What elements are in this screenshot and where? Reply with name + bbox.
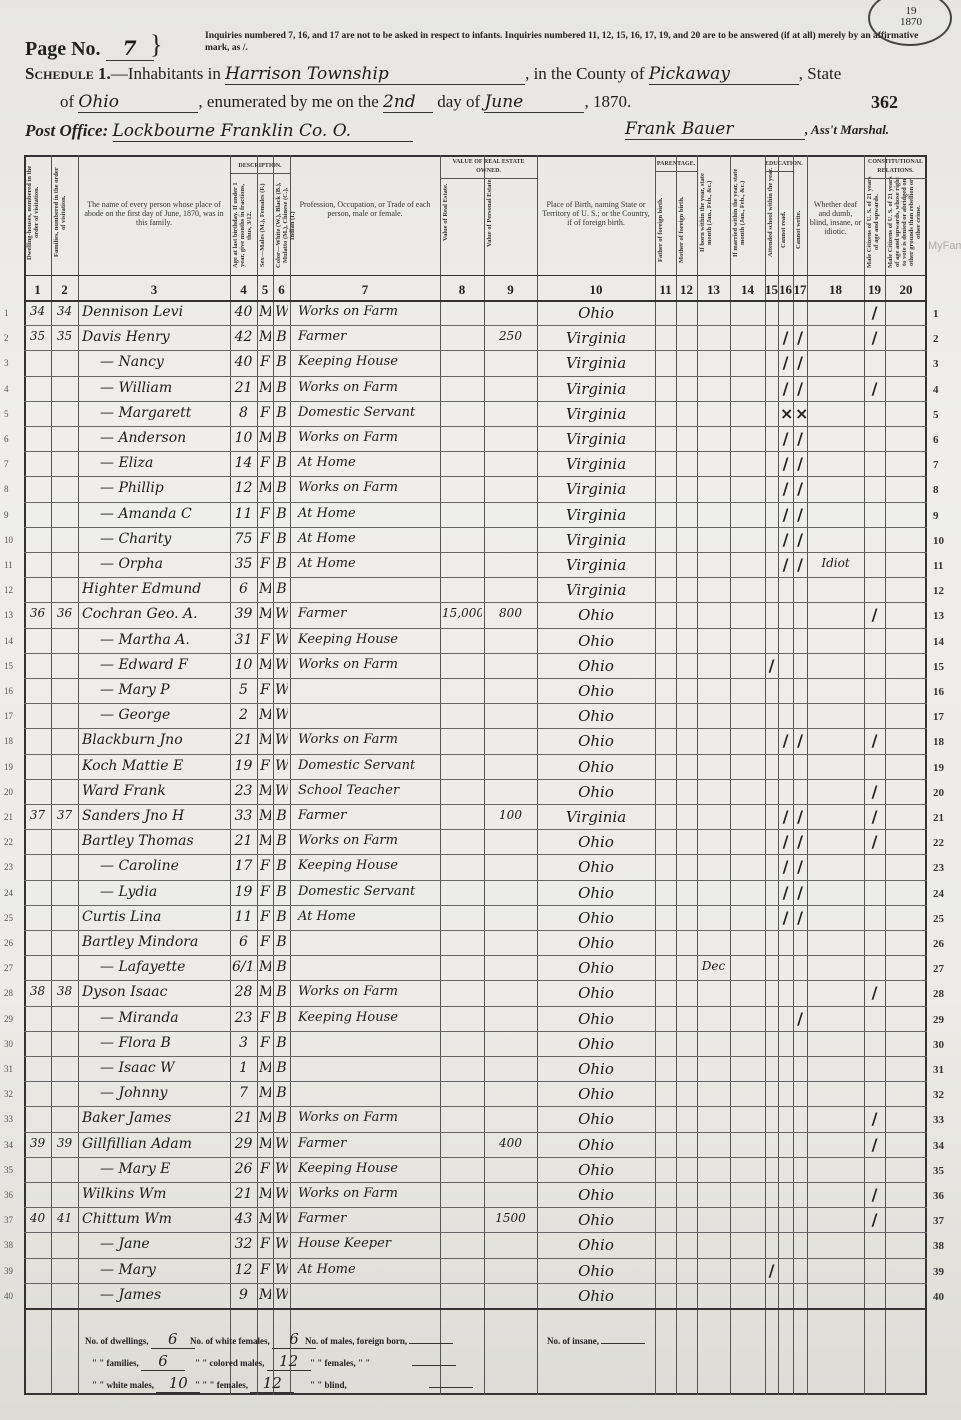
- page-number: Page No. 7: [25, 36, 154, 61]
- cell-occupation: Works on Farm: [292, 732, 444, 747]
- cell-c19: /: [866, 983, 883, 1002]
- cell-sex: F: [259, 531, 271, 547]
- column-divider: [793, 155, 794, 1395]
- line-number-left: 3: [4, 358, 9, 368]
- line-number-left: 11: [4, 560, 13, 570]
- cell-occupation: Keeping House: [292, 632, 444, 647]
- cell-occupation: Works on Farm: [292, 984, 444, 999]
- row-divider: [24, 602, 927, 603]
- cell-family: 39: [53, 1136, 76, 1150]
- row-divider: [24, 1006, 927, 1007]
- cell-name: Wilkins Wm: [82, 1186, 230, 1202]
- line-number-right: 22: [933, 837, 944, 849]
- line-number-right: 35: [933, 1165, 944, 1177]
- column-number-20: 20: [885, 282, 927, 298]
- cell-sex: M: [259, 430, 271, 446]
- cell-age: 23: [232, 1010, 255, 1026]
- cell-sex: F: [259, 354, 271, 370]
- line-number-left: 29: [4, 1014, 13, 1024]
- line-number-right: 26: [933, 938, 944, 950]
- cell-color: B: [275, 959, 288, 975]
- line-number-right: 38: [933, 1240, 944, 1252]
- cell-color: W: [275, 657, 288, 673]
- column-divider: [537, 155, 538, 1395]
- line-number-left: 2: [4, 333, 9, 343]
- line-number-right: 15: [933, 661, 944, 673]
- cell-c18: Idiot: [809, 556, 862, 570]
- cell-age: 10: [232, 657, 255, 673]
- column-number-7: 7: [290, 282, 440, 298]
- page-number-value: 7: [106, 36, 154, 61]
- cell-occupation: Farmer: [292, 1211, 444, 1226]
- line-number-left: 4: [4, 384, 9, 394]
- line-number-right: 27: [933, 963, 944, 975]
- cell-name: Koch Mattie E: [82, 758, 230, 774]
- row-divider: [24, 1232, 927, 1233]
- line-number-right: 4: [933, 384, 939, 396]
- cell-color: W: [275, 682, 288, 698]
- line-number-right: 5: [933, 409, 939, 421]
- cell-c16: /: [780, 807, 791, 826]
- cell-sex: F: [259, 1010, 271, 1026]
- cell-birthplace: Ohio: [539, 1136, 653, 1154]
- cell-occupation: Farmer: [292, 329, 444, 344]
- column-number-15: 15: [765, 282, 778, 298]
- line-number-left: 15: [4, 661, 13, 671]
- cell-personal: 1500: [486, 1211, 535, 1225]
- line-number-left: 32: [4, 1089, 13, 1099]
- sheet-number: 362: [871, 92, 898, 113]
- cell-age: 21: [232, 732, 255, 748]
- cell-age: 21: [232, 833, 255, 849]
- cell-c16: /: [780, 883, 791, 902]
- cell-sex: M: [259, 606, 271, 622]
- cell-sex: M: [259, 581, 271, 597]
- column-number-16: 16: [778, 282, 793, 298]
- cell-dwelling: 40: [26, 1211, 49, 1225]
- post-office-line: Post Office: Lockbourne Franklin Co. O.: [25, 121, 413, 142]
- cell-color: W: [275, 1161, 288, 1177]
- line-number-left: 5: [4, 409, 9, 419]
- cell-sex: M: [259, 1085, 271, 1101]
- cell-color: W: [275, 1236, 288, 1252]
- line-number-left: 26: [4, 938, 13, 948]
- cell-name: — William: [100, 380, 248, 396]
- cell-c19: /: [866, 379, 883, 398]
- cell-occupation: School Teacher: [292, 783, 444, 798]
- column-header-4: Age at last birthday. If under 1 year, g…: [232, 178, 255, 273]
- column-header-8: Value of Real Estate.: [442, 165, 482, 260]
- cell-sex: F: [259, 858, 271, 874]
- line-number-right: 29: [933, 1014, 944, 1026]
- cell-sex: M: [259, 1287, 271, 1303]
- footer-colored-females: " " " females, 12: [195, 1374, 294, 1393]
- group-header-constitutional: Constitutional Relations.: [864, 158, 927, 179]
- cell-birthplace: Ohio: [539, 304, 653, 322]
- line-number-right: 36: [933, 1190, 944, 1202]
- column-number-1: 1: [24, 282, 51, 298]
- cell-age: 11: [232, 909, 255, 925]
- cell-occupation: House Keeper: [292, 1236, 444, 1251]
- column-header-15: Attended school within the year.: [767, 165, 776, 260]
- cell-sex: M: [259, 1110, 271, 1126]
- cell-birthplace: Virginia: [539, 430, 653, 448]
- footer-insane: No. of insane,: [547, 1336, 645, 1346]
- column-number-13: 13: [697, 282, 730, 298]
- cell-c19: /: [866, 303, 883, 322]
- cell-c17: /: [795, 353, 805, 372]
- cell-sex: F: [259, 556, 271, 572]
- cell-c17: /: [795, 454, 805, 473]
- cell-color: B: [275, 430, 288, 446]
- day-field: 2nd: [383, 92, 433, 113]
- cell-birthplace: Ohio: [539, 1161, 653, 1179]
- line-number-left: 16: [4, 686, 13, 696]
- row-divider: [24, 703, 927, 704]
- row-divider: [24, 779, 927, 780]
- line-number-right: 24: [933, 888, 944, 900]
- cell-name: — Charity: [100, 531, 248, 547]
- line-number-left: 23: [4, 862, 13, 872]
- row-divider: [24, 804, 927, 805]
- cell-name: — Jane: [100, 1236, 248, 1252]
- column-number-8: 8: [440, 282, 484, 298]
- cell-name: — Mary E: [100, 1161, 248, 1177]
- column-header-3: The name of every person whose place of …: [80, 200, 228, 260]
- cell-occupation: At Home: [292, 909, 444, 924]
- cell-color: W: [275, 632, 288, 648]
- cell-sex: F: [259, 758, 271, 774]
- cell-color: B: [275, 405, 288, 421]
- cell-personal: 400: [486, 1136, 535, 1150]
- cell-occupation: Works on Farm: [292, 657, 444, 672]
- cell-birthplace: Ohio: [539, 959, 653, 977]
- cell-c16: /: [780, 454, 791, 473]
- cell-birthplace: Virginia: [539, 354, 653, 372]
- row-divider: [24, 829, 927, 830]
- cell-occupation: At Home: [292, 556, 444, 571]
- cell-color: B: [275, 329, 288, 345]
- column-header-11: Father of foreign birth.: [657, 182, 674, 277]
- column-header-1: Dwelling-houses, numbered in the order o…: [26, 165, 49, 260]
- cell-color: B: [275, 1035, 288, 1051]
- cell-color: W: [275, 1136, 288, 1152]
- row-divider: [24, 426, 927, 427]
- cell-name: — Phillip: [100, 480, 248, 496]
- cell-c19: /: [866, 328, 883, 347]
- column-number-4: 4: [230, 282, 257, 298]
- cell-name: — Isaac W: [100, 1060, 248, 1076]
- footer-foreign-females: " " females, " ": [310, 1358, 456, 1368]
- cell-birthplace: Virginia: [539, 405, 653, 423]
- footer-families: " " families, 6: [92, 1352, 185, 1371]
- footer-foreign-males: No. of males, foreign born,: [305, 1336, 453, 1346]
- watermark: MyFam: [928, 240, 961, 252]
- cell-c17: /: [795, 731, 805, 750]
- cell-c19: /: [866, 782, 883, 801]
- cell-name: — Eliza: [100, 455, 248, 471]
- cell-name: Highter Edmund: [82, 581, 230, 597]
- row-divider: [24, 376, 927, 377]
- line-number-right: 21: [933, 812, 944, 824]
- column-number-2: 2: [51, 282, 78, 298]
- cell-sex: M: [259, 808, 271, 824]
- cell-age: 42: [232, 329, 255, 345]
- cell-birthplace: Ohio: [539, 884, 653, 902]
- line-number-right: 32: [933, 1089, 944, 1101]
- cell-sex: F: [259, 1161, 271, 1177]
- cell-birthplace: Virginia: [539, 531, 653, 549]
- cell-personal: 800: [486, 606, 535, 620]
- row-divider: [24, 1308, 927, 1310]
- cell-real: 15,000: [442, 606, 482, 620]
- column-divider: [257, 155, 258, 1395]
- cell-sex: M: [259, 959, 271, 975]
- cell-occupation: Keeping House: [292, 1010, 444, 1025]
- line-number-right: 17: [933, 711, 944, 723]
- cell-c19: /: [866, 1210, 883, 1229]
- column-header-6: Color—White (W.), Black (B.), Mulatto (M…: [275, 178, 288, 273]
- line-number-right: 25: [933, 913, 944, 925]
- cell-family: 36: [53, 606, 76, 620]
- column-header-5: Sex—Males (M.), Females (F.): [259, 178, 271, 273]
- line-number-left: 19: [4, 762, 13, 772]
- cell-color: B: [275, 909, 288, 925]
- column-divider: [765, 155, 766, 1395]
- cell-color: B: [275, 808, 288, 824]
- cell-c17: /: [795, 1009, 805, 1028]
- cell-c16: /: [780, 908, 791, 927]
- cell-c16: /: [780, 555, 791, 574]
- line-number-right: 28: [933, 988, 944, 1000]
- cell-sex: M: [259, 329, 271, 345]
- cell-occupation: Farmer: [292, 606, 444, 621]
- cell-sex: F: [259, 682, 271, 698]
- column-number-3: 3: [78, 282, 230, 298]
- cell-sex: F: [259, 884, 271, 900]
- cell-sex: M: [259, 304, 271, 320]
- cell-dwelling: 38: [26, 984, 49, 998]
- line-number-right: 30: [933, 1039, 944, 1051]
- cell-occupation: At Home: [292, 455, 444, 470]
- cell-occupation: Works on Farm: [292, 480, 444, 495]
- footer-colored-males: " " colored males, 12: [195, 1352, 311, 1371]
- row-divider: [24, 628, 927, 629]
- column-divider: [655, 155, 656, 1395]
- column-divider: [778, 155, 779, 1395]
- cell-c16: /: [780, 379, 791, 398]
- cell-color: W: [275, 783, 288, 799]
- cell-dwelling: 36: [26, 606, 49, 620]
- cell-c16: /: [780, 353, 791, 372]
- cell-occupation: At Home: [292, 1262, 444, 1277]
- line-number-right: 14: [933, 636, 944, 648]
- cell-c15: /: [767, 656, 776, 675]
- cell-c17: /: [795, 883, 805, 902]
- line-number-right: 8: [933, 484, 939, 496]
- line-number-right: 16: [933, 686, 944, 698]
- line-number-left: 6: [4, 434, 9, 444]
- state-field: Ohio: [78, 92, 198, 113]
- cell-name: Baker James: [82, 1110, 230, 1126]
- cell-color: B: [275, 455, 288, 471]
- cell-age: 26: [232, 1161, 255, 1177]
- cell-c16: ×: [780, 404, 791, 423]
- line-number-left: 37: [4, 1215, 13, 1225]
- line-number-right: 31: [933, 1064, 944, 1076]
- cell-name: Curtis Lina: [82, 909, 230, 925]
- cell-name: — Flora B: [100, 1035, 248, 1051]
- cell-name: — Orpha: [100, 556, 248, 572]
- cell-birthplace: Ohio: [539, 1035, 653, 1053]
- cell-birthplace: Ohio: [539, 732, 653, 750]
- cell-name: Bartley Mindora: [82, 934, 230, 950]
- column-divider: [290, 155, 291, 1395]
- cell-color: B: [275, 1110, 288, 1126]
- cell-age: 6: [232, 581, 255, 597]
- cell-sex: M: [259, 984, 271, 1000]
- cell-c17: /: [795, 379, 805, 398]
- line-number-left: 12: [4, 585, 13, 595]
- line-number-left: 28: [4, 988, 13, 998]
- cell-name: Chittum Wm: [82, 1211, 230, 1227]
- cell-c16: /: [780, 530, 791, 549]
- footer-blind: " " blind,: [310, 1380, 473, 1390]
- row-divider: [24, 955, 927, 956]
- cell-age: 19: [232, 758, 255, 774]
- cell-birthplace: Virginia: [539, 808, 653, 826]
- cell-age: 9: [232, 1287, 255, 1303]
- footer-white-males: " " white males, 10: [92, 1374, 200, 1393]
- cell-birthplace: Virginia: [539, 455, 653, 473]
- line-number-left: 8: [4, 484, 9, 494]
- post-office-field: Lockbourne Franklin Co. O.: [113, 121, 413, 142]
- cell-name: — Lydia: [100, 884, 248, 900]
- line-number-right: 9: [933, 510, 939, 522]
- column-divider: [78, 155, 79, 1395]
- cell-family: 38: [53, 984, 76, 998]
- column-header-2: Families, numbered in the order of visit…: [53, 165, 76, 260]
- column-header-13: If born within the year, state month (Ja…: [699, 165, 728, 260]
- cell-color: W: [275, 732, 288, 748]
- cell-age: 32: [232, 1236, 255, 1252]
- cell-c16: /: [780, 857, 791, 876]
- line-number-right: 39: [933, 1266, 944, 1278]
- line-number-right: 18: [933, 736, 944, 748]
- cell-birthplace: Ohio: [539, 682, 653, 700]
- row-divider: [24, 1081, 927, 1082]
- cell-name: — Johnny: [100, 1085, 248, 1101]
- cell-age: 12: [232, 1262, 255, 1278]
- column-header-9: Value of Personal Estate.: [486, 165, 535, 260]
- cell-occupation: Farmer: [292, 1136, 444, 1151]
- cell-sex: F: [259, 1262, 271, 1278]
- line-number-left: 38: [4, 1240, 13, 1250]
- cell-birthplace: Virginia: [539, 556, 653, 574]
- line-number-left: 14: [4, 636, 13, 646]
- cell-age: 23: [232, 783, 255, 799]
- cell-color: W: [275, 707, 288, 723]
- cell-sex: F: [259, 909, 271, 925]
- cell-c17: /: [795, 505, 805, 524]
- cell-name: Bartley Thomas: [82, 833, 230, 849]
- cell-name: Davis Henry: [82, 329, 230, 345]
- cell-age: 35: [232, 556, 255, 572]
- cell-sex: F: [259, 506, 271, 522]
- cell-c19: /: [866, 605, 883, 624]
- cell-birthplace: Ohio: [539, 1236, 653, 1254]
- group-header-value-real-estate: Value of Real Estate Owned.: [440, 158, 537, 179]
- cell-c17: /: [795, 530, 805, 549]
- cell-color: B: [275, 556, 288, 572]
- cell-occupation: Farmer: [292, 808, 444, 823]
- cell-sex: F: [259, 1035, 271, 1051]
- column-number-9: 9: [484, 282, 537, 298]
- column-number-19: 19: [864, 282, 885, 298]
- cell-color: B: [275, 884, 288, 900]
- cell-birthplace: Ohio: [539, 657, 653, 675]
- cell-name: — Mary P: [100, 682, 248, 698]
- cell-age: 19: [232, 884, 255, 900]
- row-divider: [24, 1258, 927, 1259]
- column-number-12: 12: [676, 282, 697, 298]
- cell-color: B: [275, 531, 288, 547]
- cell-color: B: [275, 934, 288, 950]
- cell-occupation: Keeping House: [292, 858, 444, 873]
- cell-birthplace: Ohio: [539, 858, 653, 876]
- cell-birthplace: Virginia: [539, 380, 653, 398]
- cell-age: 7: [232, 1085, 255, 1101]
- cell-c16: /: [780, 479, 791, 498]
- cell-occupation: Domestic Servant: [292, 884, 444, 899]
- row-divider: [24, 1031, 927, 1032]
- cell-occupation: Domestic Servant: [292, 758, 444, 773]
- cell-color: B: [275, 581, 288, 597]
- cell-occupation: At Home: [292, 506, 444, 521]
- cell-color: W: [275, 1211, 288, 1227]
- line-number-left: 24: [4, 888, 13, 898]
- cell-age: 14: [232, 455, 255, 471]
- cell-occupation: Domestic Servant: [292, 405, 444, 420]
- row-divider: [24, 754, 927, 755]
- row-divider: [24, 451, 927, 452]
- cell-sex: F: [259, 405, 271, 421]
- marshal-line: Frank Bauer, Ass't Marshal.: [625, 119, 889, 140]
- cell-dwelling: 39: [26, 1136, 49, 1150]
- cell-age: 17: [232, 858, 255, 874]
- cell-occupation: Works on Farm: [292, 1110, 444, 1125]
- line-number-right: 19: [933, 762, 944, 774]
- row-divider: [24, 350, 927, 351]
- cell-sex: M: [259, 707, 271, 723]
- cell-c17: /: [795, 832, 805, 851]
- column-divider: [864, 155, 865, 1395]
- cell-birthplace: Ohio: [539, 1211, 653, 1229]
- cell-age: 2: [232, 707, 255, 723]
- cell-occupation: Keeping House: [292, 1161, 444, 1176]
- cell-birthplace: Ohio: [539, 1010, 653, 1028]
- cell-dwelling: 34: [26, 304, 49, 318]
- row-divider: [24, 1056, 927, 1057]
- cell-name: Sanders Jno H: [82, 808, 230, 824]
- column-header-17: Cannot write.: [795, 182, 805, 277]
- column-number-17: 17: [793, 282, 807, 298]
- cell-birthplace: Ohio: [539, 1262, 653, 1280]
- cell-age: 43: [232, 1211, 255, 1227]
- cell-family: 41: [53, 1211, 76, 1225]
- inquiries-note: Inquiries numbered 7, 16, and 17 are not…: [205, 30, 925, 54]
- cell-color: B: [275, 480, 288, 496]
